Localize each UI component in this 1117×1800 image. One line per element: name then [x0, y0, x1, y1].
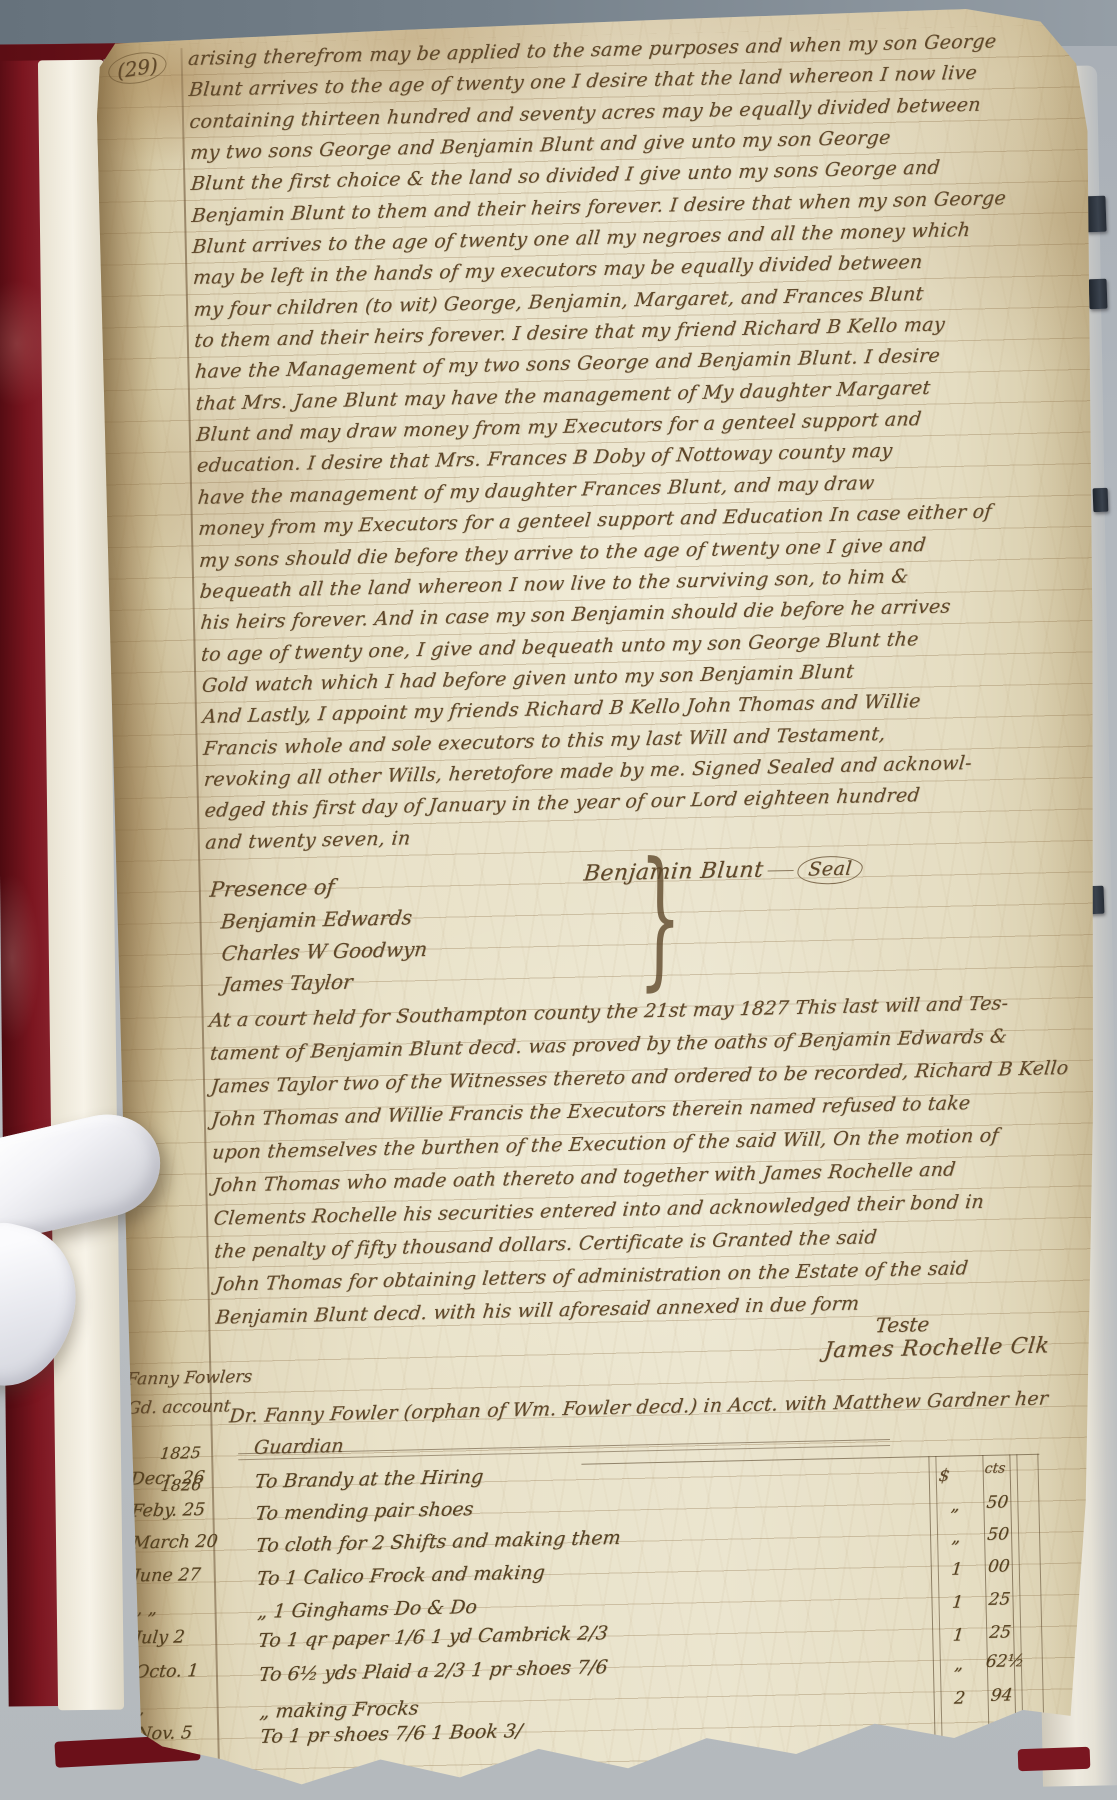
- ledger-amount-dollars: 2: [935, 1688, 985, 1709]
- ledger-description: To Brandy at the Hiring: [254, 1466, 485, 1493]
- ledger-description: To 1 qr paper 1/6 1 yd Cambrick 2/3: [257, 1622, 609, 1652]
- ledger-date: March 20: [131, 1532, 219, 1554]
- fore-edge-tab: [1088, 279, 1107, 310]
- ledger-date: „: [135, 1698, 223, 1720]
- testator-signature: Benjamin BluntSeal: [582, 855, 864, 889]
- dollars-column-header: $: [938, 1466, 951, 1486]
- ledger-amount-cents: 62½: [985, 1651, 1017, 1672]
- ledger-date: July 2: [133, 1627, 221, 1649]
- probate-section: At a court held for Southampton county t…: [208, 991, 1060, 1339]
- presence-of-label: Presence of: [209, 875, 336, 902]
- ledger-amount-dollars: 1: [933, 1625, 983, 1646]
- ledger-amount-cents: 50: [982, 1524, 1014, 1545]
- witness-name: Charles W Goodwyn: [220, 936, 429, 972]
- teste-label: Teste: [874, 1312, 930, 1337]
- ledger-amount-cents: 25: [983, 1589, 1015, 1610]
- seal-mark: Seal: [796, 855, 864, 885]
- account-heading: Dr. Fanny Fowler (orphan of Wm. Fowler d…: [228, 1388, 1049, 1428]
- fore-edge-tab: [1085, 196, 1106, 233]
- ledger-year: 1826: [160, 1475, 203, 1495]
- ledger-amount-dollars: 1: [933, 1592, 983, 1613]
- ledger-description: „ making Frocks: [259, 1697, 420, 1723]
- margin-note-account: Gd. account: [126, 1396, 231, 1418]
- witness-name: Benjamin Edwards: [219, 905, 428, 941]
- ledger-description: To 1 Calico Frock and making: [256, 1562, 546, 1590]
- ledger-amount-dollars: „: [934, 1654, 984, 1675]
- ledger-description: To mending pair shoes: [254, 1498, 474, 1525]
- signature-flourish: [767, 869, 793, 871]
- ledger-description: To 6½ yds Plaid a 2/3 1 pr shoes 7/6: [258, 1656, 609, 1686]
- ledger-amount-cents: 25: [986, 1722, 1018, 1743]
- book-cover-bottom-right: [1018, 1747, 1091, 1771]
- cents-column-header: cts: [984, 1460, 1006, 1476]
- archival-photo: (29) arising therefrom may be applied to…: [0, 0, 1117, 1800]
- will-text-section: arising therefrom may be applied to the …: [187, 30, 1045, 863]
- fore-edge-tab: [1093, 488, 1109, 513]
- manuscript-page: (29) arising therefrom may be applied to…: [95, 6, 1117, 1800]
- ledger-amount-cents: 50: [981, 1492, 1013, 1513]
- margin-note-name: Fanny Fowlers: [125, 1367, 253, 1390]
- ledger-description: „ 1 Ginghams Do & Do: [256, 1596, 478, 1623]
- witness-brace: }: [638, 847, 682, 988]
- amount-column-rule: [1037, 1454, 1045, 1754]
- amount-box-top-rule: [581, 1454, 1039, 1465]
- ledger-amount-dollars: 1: [932, 1559, 982, 1580]
- ledger-amount-cents: 25: [984, 1622, 1016, 1643]
- ledger-date: June 27: [132, 1565, 220, 1587]
- clerk-signature: James Rochelle Clk: [823, 1333, 1051, 1363]
- ledger-amount-dollars: „: [931, 1527, 981, 1548]
- ledger-amount-cents: 75: [987, 1747, 1019, 1768]
- witness-list: Benjamin EdwardsCharles W GoodwynJames T…: [220, 905, 428, 1004]
- ledger-date: „ „: [133, 1598, 221, 1620]
- ledger-description: To cloth for 2 Shifts and making them: [255, 1527, 622, 1557]
- ledger-amount-dollars: 1: [936, 1750, 986, 1771]
- ledger-description: To 1 pr shoes 7/6 1 Book 3/: [259, 1720, 523, 1748]
- ledger-amount-cents: 00: [983, 1556, 1015, 1577]
- witness-name: James Taylor: [220, 968, 429, 1004]
- ledger-amount-cents: 94: [986, 1685, 1018, 1706]
- ledger-year: 1825: [159, 1443, 202, 1463]
- ledger-date: Feby. 25: [130, 1500, 218, 1522]
- ledger-amount-dollars: „: [935, 1725, 985, 1746]
- ledger-date: Octo. 1: [134, 1661, 222, 1683]
- ledger-amount-dollars: „: [930, 1495, 980, 1516]
